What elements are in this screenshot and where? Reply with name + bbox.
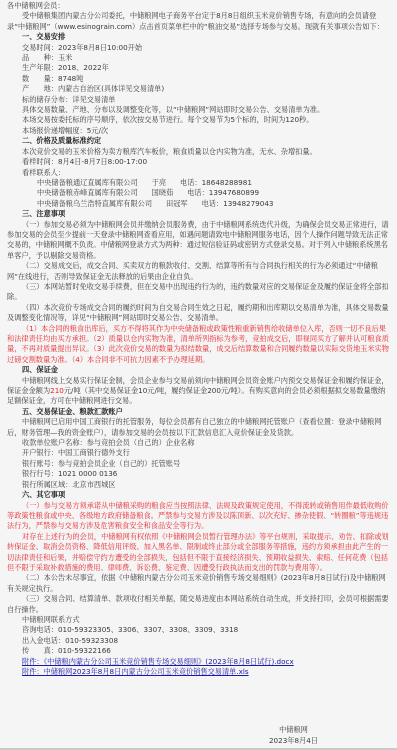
- bid-increment: 本场报价递增幅度：5元/次: [7, 126, 391, 136]
- contact-person: 国晓茹: [152, 188, 174, 197]
- contact-company: 中央储备粮乌兰浩特直属库有限公司: [37, 199, 152, 208]
- section-2-title: 二、价格及质量标准约定: [7, 136, 391, 146]
- viewing-contact: 中央储备粮乌兰浩特直属库有限公司田冠军电话：13948279043: [7, 199, 391, 209]
- deposit-text-b: 元/吨（其中交易保证金10元/吨，履约保证金200元/吨）。有购买意向的会员必须…: [7, 386, 385, 405]
- bank-region: 银行所属区域：北京市西城区: [7, 480, 391, 490]
- section-6-title: 六、其它事项: [7, 490, 391, 500]
- deposit-amount: 210: [50, 386, 64, 395]
- quantity: 数 量：8748吨: [7, 74, 391, 84]
- contact-phone: 电话：13947680899: [187, 188, 259, 197]
- trade-time: 交易时间：2023年8月8日10:00开始: [7, 43, 391, 53]
- deposit-paragraph: 中储粮网线上交易实行保证金制，会员企业参与交易前须向中储粮网会员资金账户内预交交…: [7, 376, 391, 407]
- notice-1: （一）参加交易必须为中储粮网会员并缴纳会员服务费，由于中储粮网系统迭代升级，为确…: [7, 220, 391, 262]
- bank-code: 银行行号：1021 0000 0136: [7, 469, 391, 479]
- funds-phone: 出入金电话：010-59323308: [7, 636, 391, 646]
- sequence-note: 本场交易按委托标的序号顺序，依次按交易节进行。每个交易节为5个标的，时间为120…: [7, 115, 391, 125]
- fax: 传 真：010-59322166: [7, 646, 391, 656]
- bank-name: 开户银行：中国工商银行德外支行: [7, 448, 391, 458]
- greeting: 各中储粮网会员：: [7, 1, 391, 11]
- announcement-document: 各中储粮网会员： 受中储粮集团内蒙古分公司委托，中储粮网电子商务平台定于8月8日…: [7, 1, 391, 677]
- price-quality-text: 本次竞价交易的玉米价格为卖方粮库汽车板价，粮食质量以仓内实物为准，无水、杂增扣量…: [7, 147, 391, 157]
- penalty-warning: 对存在上述行为的会员，中储粮网有权依照《中储粮网会员暂行管理办法》等平台规则，采…: [7, 532, 391, 574]
- section-3-title: 三、注意事项: [7, 209, 391, 219]
- origin: 产 地：内蒙古自治区(具体详见交易清单): [7, 84, 391, 94]
- contact-person: 田冠军: [166, 199, 188, 208]
- contract-terms-warning: （1）本合同的粮食出库后，买方不得将其作为中央储备粮或政策性粮重新销售给收储单位…: [7, 324, 391, 366]
- variety: 品 种：玉米: [7, 53, 391, 63]
- contact-company: 中央储备粮通辽直属库有限公司: [37, 178, 138, 187]
- details-note: 具体交易数量、产地、分布以及调整变化等，以“中储粮网”网站即时交易公告、交易清单…: [7, 105, 391, 115]
- attachment-rules-docx[interactable]: 附件：《中储粮内蒙古分公司玉米竞价销售专场交易细则》(2023年8月8日试行).…: [7, 657, 391, 667]
- contact-company: 中央储备粮赤峰直属库有限公司: [37, 188, 138, 197]
- contact-title: 中储粮网联系方式: [7, 615, 391, 625]
- section-5-title: 五、交易保证金、粮款汇款账户: [7, 407, 391, 417]
- viewing-time: 看样时间：8月4日-8月7日8:00-17:00: [7, 157, 391, 167]
- viewing-contact: 中央储备粮通辽直属库有限公司于亮电话：18648288981: [7, 178, 391, 188]
- bank-account: 银行账号：参与竞拍会员企业（自己的）托管账号: [7, 459, 391, 469]
- signature-org: 中储粮网: [0, 725, 397, 735]
- payee-name: 收款单位账户名称：参与竞拍会员（自己的）企业名称: [7, 438, 391, 448]
- contact-phone: 电话：13948279043: [202, 199, 274, 208]
- notice-4: （四）本次竞价专场成交合同的履约时间为自交易合同生效之日起，履约期和出库期以交易…: [7, 303, 391, 324]
- other-matters-2: （二）本公告未尽事宜，依据《中储粮内蒙古分公司玉米竞价销售专场交易细则》(202…: [7, 573, 391, 594]
- contacts-label: 看样联系人：: [7, 168, 391, 178]
- notice-3: （三）本网站暂时免收交易手续费，但在交易中出现违约行为的，违约数量对应的交易保证…: [7, 282, 391, 303]
- storage-distribution: 标的储存分布：详见交易清单: [7, 95, 391, 105]
- consult-phone: 咨询电话：010-59323305、3306、3307、3308、3309、33…: [7, 625, 391, 635]
- other-matters-3: （三）交易合同、结算清单、款项收付相关单据，随交易进度由本网站系统自动生成，并支…: [7, 594, 391, 615]
- attachment-trade-list-xls[interactable]: 附件：中储粮网2023年8月8日内蒙古分公司玉米竞价销售交易清单.xls: [7, 667, 391, 677]
- viewing-contact: 中央储备粮赤峰直属库有限公司国晓茹电话：13947680899: [7, 188, 391, 198]
- intro-paragraph: 受中储粮集团内蒙古分公司委托，中储粮网电子商务平台定于8月8日组织玉米竞价销售专…: [7, 11, 391, 32]
- compliance-warning: （一）参与交易方须承诺从中储粮采购的粮食应当按照法律、法规及政策规定使用，不得流…: [7, 501, 391, 532]
- signature-date: 2023年8月4日: [0, 736, 397, 746]
- contact-person: 于亮: [152, 178, 166, 187]
- contact-phone: 电话：18648288981: [180, 178, 252, 187]
- section-4-title: 四、保证金: [7, 365, 391, 375]
- notice-2: （二）交易成交后，成交合同、买卖双方的粮款收付、交割、结算等所有与合同执行相关的…: [7, 261, 391, 282]
- account-paragraph: 中储粮网已启用中国工商银行的托管服务，每位会员都有自己独立的中储粮网托管账户（查…: [7, 417, 391, 438]
- production-year: 生产年限：2018、2022年: [7, 63, 391, 73]
- section-1-title: 一、交易安排: [7, 32, 391, 42]
